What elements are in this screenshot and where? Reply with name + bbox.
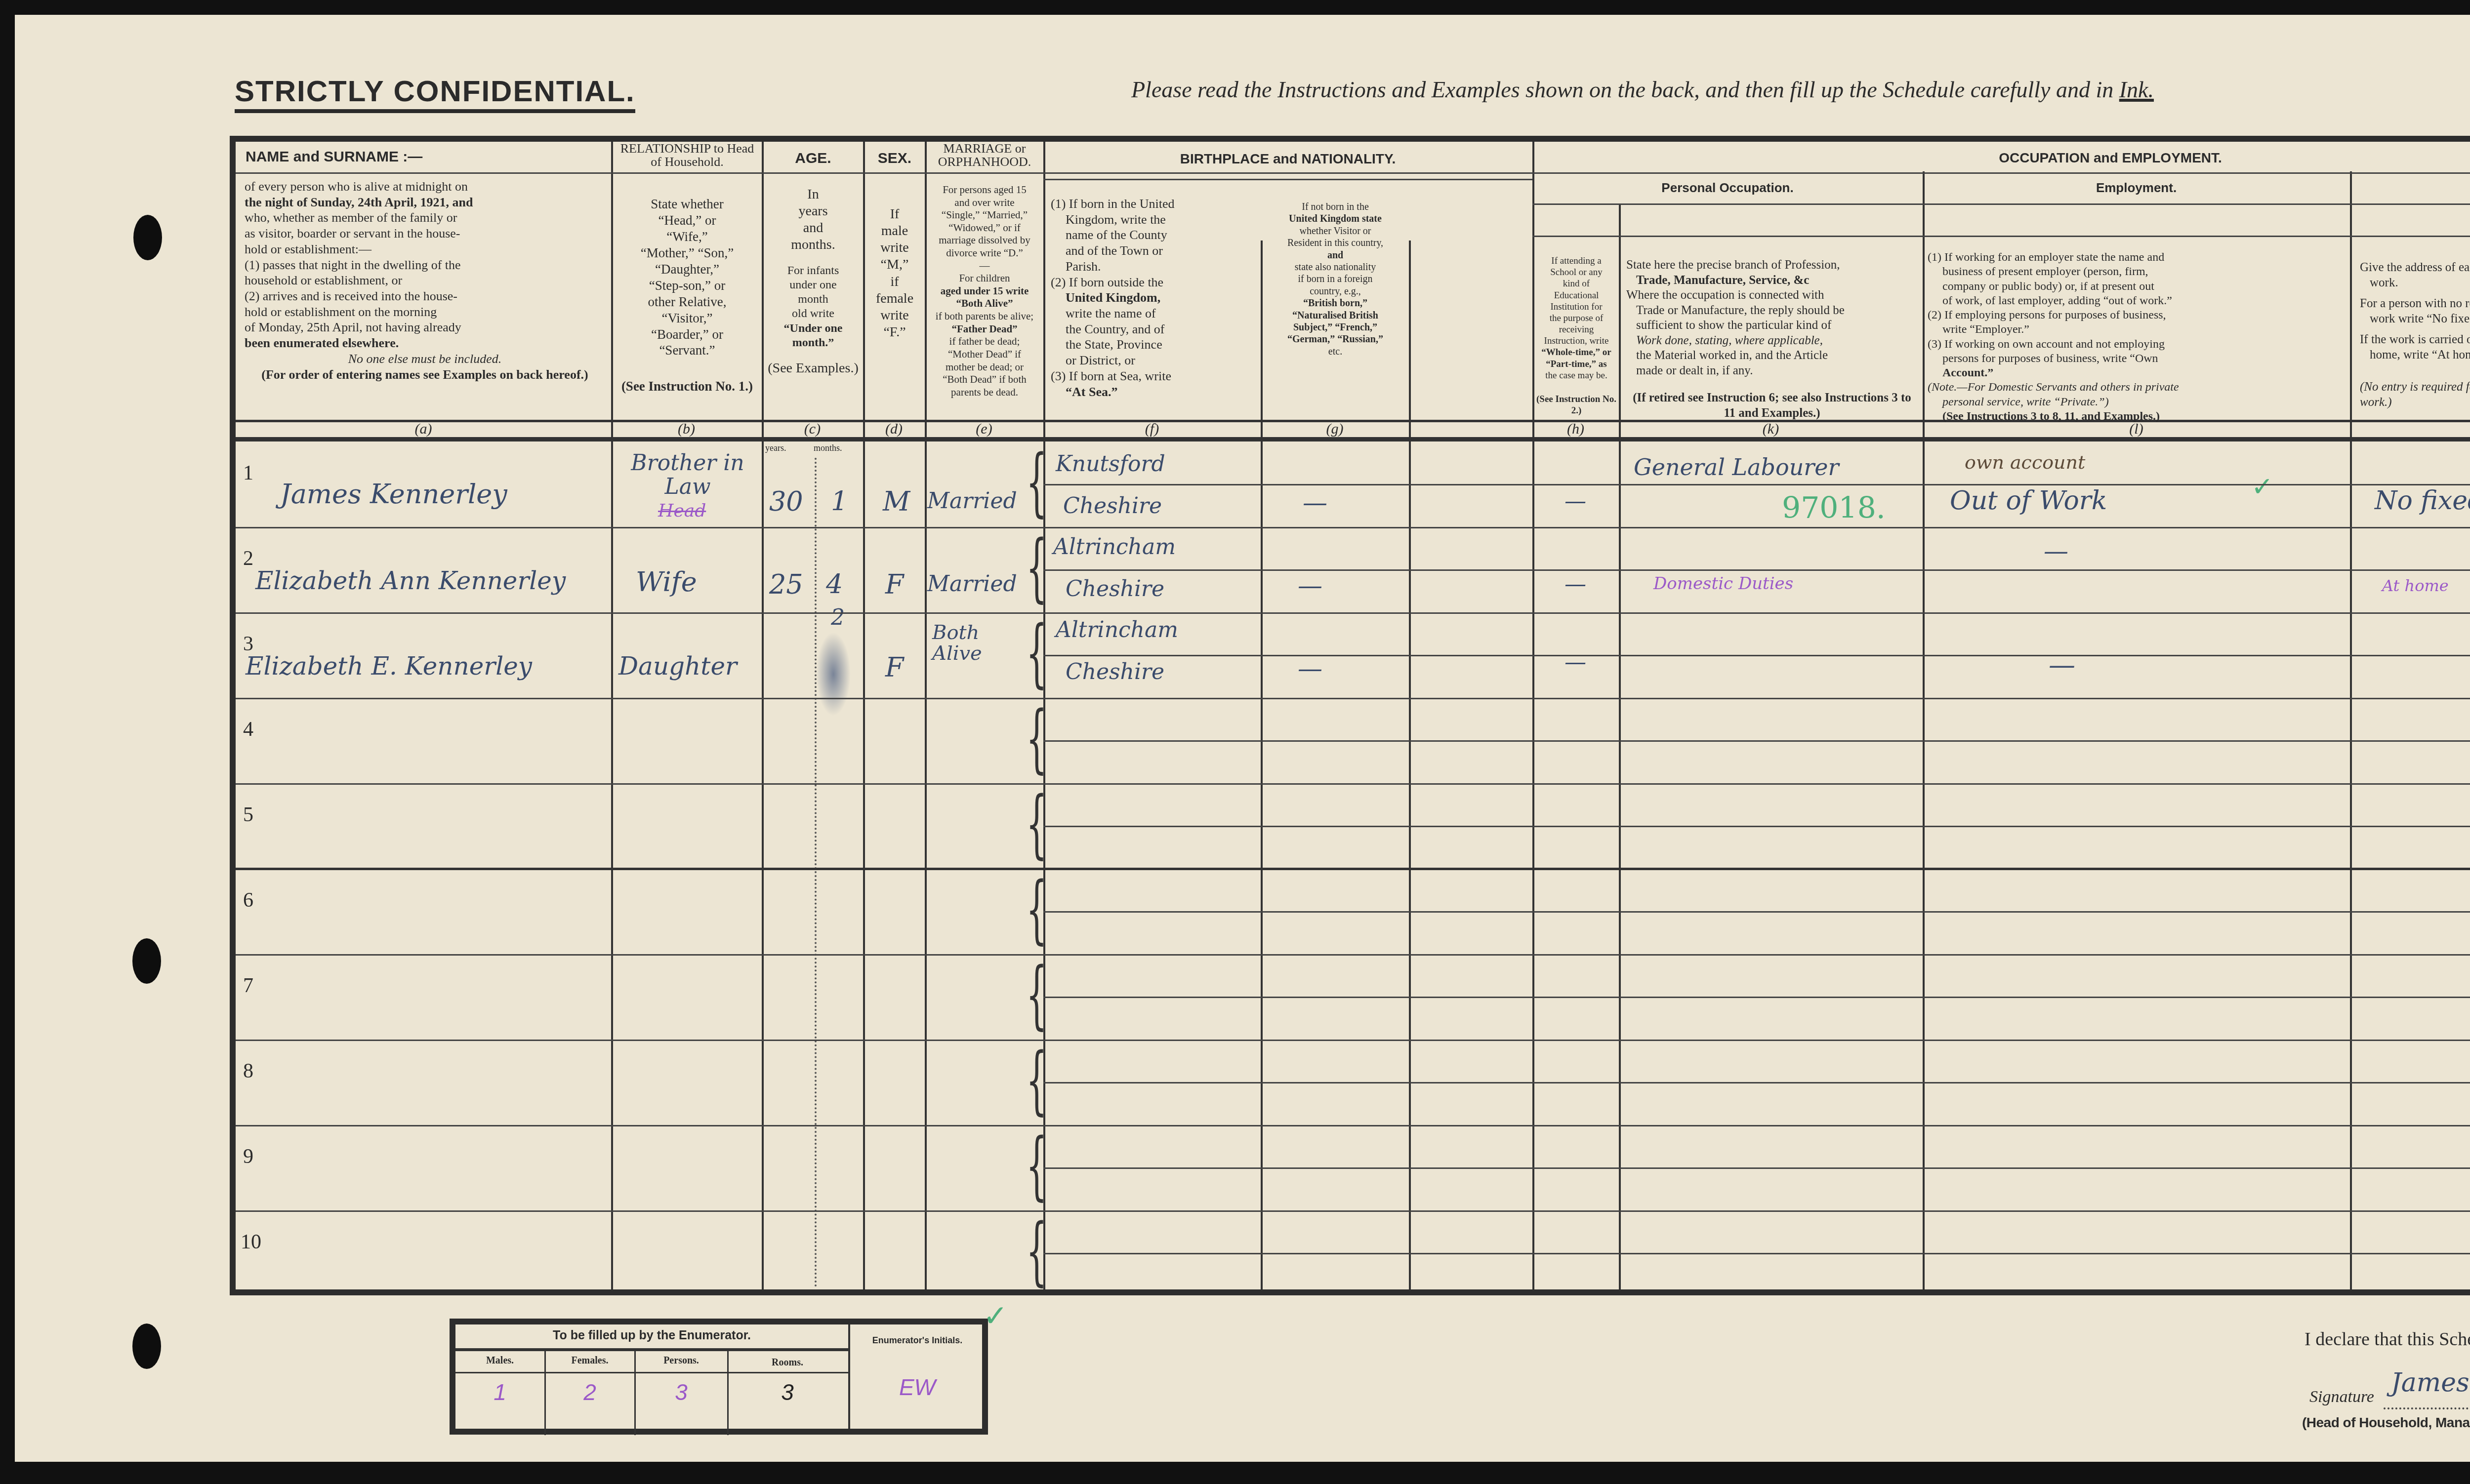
birthplace-town-cell[interactable]: Altrincham — [1056, 617, 1178, 642]
row-number: 9 — [243, 1145, 253, 1168]
col-b-instructions: State whether“Head,” or“Wife,”“Mother,” … — [614, 196, 760, 395]
relationship-cell[interactable]: Brother in Law — [618, 451, 757, 499]
col-f-instructions: (1) If born in the UnitedKingdom, write … — [1051, 196, 1258, 400]
brace-icon: { — [1026, 702, 1047, 776]
row-divider — [236, 1125, 2470, 1126]
col-l-title: Employment. — [1925, 181, 2347, 195]
half-row-divider — [1043, 655, 2470, 656]
col-k-title: Personal Occupation. — [1535, 181, 1920, 195]
col-fg-title: BIRTHPLACE and NATIONALITY. — [1046, 152, 1530, 166]
occupation-cell[interactable]: Domestic Duties — [1653, 574, 1793, 594]
rooms-label: Rooms. — [728, 1357, 847, 1368]
brace-icon: { — [1026, 531, 1047, 605]
name-cell[interactable]: Elizabeth E. Kennerley — [246, 652, 532, 681]
col-g-letter: (g) — [1261, 421, 1409, 438]
punch-hole-icon — [132, 1324, 161, 1369]
divider — [848, 1324, 850, 1429]
row-number: 4 — [243, 718, 253, 741]
divider — [455, 1348, 848, 1351]
header-divider — [1532, 203, 2470, 205]
relationship-cell[interactable]: Wife — [636, 566, 697, 598]
row-divider — [236, 954, 2470, 956]
birthplace-county-cell[interactable]: Cheshire — [1066, 576, 1164, 602]
col-a-letter: (a) — [236, 421, 611, 438]
col-m-letter: (m) — [2350, 421, 2470, 438]
half-row-divider — [1043, 484, 2470, 485]
col-k-letter: (k) — [1619, 421, 1923, 438]
birthplace-town-cell[interactable]: Altrincham — [1053, 534, 1176, 560]
half-row-divider — [1043, 1253, 2470, 1254]
header-divider — [1043, 179, 1532, 180]
half-row-divider — [1043, 740, 2470, 742]
col-c-instructions: Inyearsandmonths. For infantsunder onemo… — [764, 186, 862, 377]
household-schedule-table: NAME and SURNAME :— of every person who … — [230, 136, 2470, 1295]
page-title: STRICTLY CONFIDENTIAL. — [235, 74, 635, 113]
col-e-letter: (e) — [925, 421, 1043, 438]
brace-icon: { — [1026, 958, 1047, 1032]
col-l-instructions: (1) If working for an employer state the… — [1928, 250, 2347, 424]
age-months-cell[interactable]: 4 — [826, 569, 843, 600]
col-d-title: SEX. — [865, 151, 924, 166]
brace-icon: { — [1026, 1129, 1047, 1203]
row-number: 10 — [241, 1230, 261, 1254]
row-divider — [236, 868, 2470, 870]
relationship-struck: Head — [658, 501, 706, 521]
brace-icon: { — [1026, 1214, 1047, 1288]
fill-instructions: Please read the Instructions and Example… — [1131, 77, 2154, 103]
row-divider — [236, 1040, 2470, 1041]
persons-label: Persons. — [635, 1355, 727, 1366]
punch-hole-icon — [133, 215, 162, 260]
col-d-instructions: Ifmalewrite“M,”iffemalewrite“F.” — [865, 206, 924, 341]
enum-initials-heading: Enumerator's Initials. — [851, 1335, 984, 1346]
census-schedule-page: STRICTLY CONFIDENTIAL. Please read the I… — [15, 15, 2470, 1462]
males-count[interactable]: 1 — [455, 1379, 544, 1405]
col-b-letter: (b) — [611, 421, 762, 438]
relationship-cell[interactable]: Daughter — [618, 652, 737, 681]
enumerator-initials[interactable]: EW — [851, 1374, 984, 1401]
brace-icon: { — [1026, 873, 1047, 947]
sex-cell[interactable]: F — [885, 652, 904, 683]
persons-count[interactable]: 3 — [635, 1379, 727, 1405]
half-row-divider — [1043, 911, 2470, 913]
half-row-divider — [1043, 826, 2470, 827]
header-divider — [236, 172, 2470, 174]
brace-icon: { — [1026, 445, 1047, 520]
birthplace-town-cell[interactable]: Knutsford — [1056, 451, 1165, 477]
marriage-cell[interactable]: Married — [927, 571, 1017, 597]
name-cell[interactable]: James Kennerley — [280, 479, 507, 510]
row-divider — [236, 1210, 2470, 1212]
age-months-cell[interactable]: 2 — [831, 605, 845, 630]
divider — [455, 1372, 848, 1373]
females-count[interactable]: 2 — [545, 1379, 634, 1405]
place-of-work-cell[interactable]: No fixed place — [2375, 486, 2470, 516]
col-a-instructions: of every person who is alive at midnight… — [245, 179, 605, 382]
marriage-cell[interactable]: Married — [927, 488, 1017, 514]
half-row-divider — [1043, 1167, 2470, 1169]
row-divider — [236, 698, 2470, 699]
table-row[interactable]: 10 — [236, 1210, 2470, 1289]
half-row-divider — [1043, 997, 2470, 998]
employment-check-icon: ✓ — [2251, 471, 2273, 502]
name-cell[interactable]: Elizabeth Ann Kennerley — [255, 566, 566, 595]
header-divider — [1532, 236, 2470, 237]
age-years-cell[interactable]: 25 — [769, 569, 803, 600]
brace-icon: { — [1026, 1043, 1047, 1118]
nationality-cell[interactable]: — — [1298, 654, 1322, 683]
row-divider — [236, 612, 2470, 614]
age-years-cell[interactable]: 30 — [769, 486, 803, 517]
punch-hole-icon — [132, 938, 161, 984]
place-of-work-cell[interactable]: At home — [2382, 576, 2449, 595]
half-row-divider — [1043, 569, 2470, 571]
enum-summary-heading: To be filled up by the Enumerator. — [455, 1328, 848, 1343]
birthplace-county-cell[interactable]: Cheshire — [1063, 493, 1162, 519]
row-number: 5 — [243, 803, 253, 827]
col-e-instructions: For persons aged 15and over write“Single… — [927, 184, 1042, 399]
signature[interactable]: James Kennerley — [2391, 1368, 2470, 1398]
col-e-title: MARRIAGE or ORPHANHOOD. — [927, 142, 1042, 169]
occupation-cell[interactable]: General Labourer — [1634, 454, 1839, 481]
employment-cell[interactable]: — — [2044, 537, 2068, 565]
school-cell[interactable]: — — [1564, 488, 1586, 514]
col-b-title: RELATIONSHIP to Head of Household. — [614, 142, 760, 169]
males-label: Males. — [455, 1355, 544, 1366]
row-number: 7 — [243, 974, 253, 998]
col-c-title: AGE. — [764, 151, 862, 166]
sex-cell[interactable]: F — [885, 569, 904, 600]
col-m-title: Place of Work. — [2352, 181, 2470, 195]
row-number: 1 — [243, 461, 253, 485]
check-mark-icon: ✓ — [983, 1299, 1008, 1333]
enumerator-summary-box: To be filled up by the Enumerator. Enume… — [450, 1319, 988, 1435]
half-row-divider — [1043, 1082, 2470, 1083]
brace-icon: { — [1026, 616, 1047, 690]
col-k-instructions: State here the precise branch of Profess… — [1626, 258, 1918, 421]
age-months-cell[interactable]: 1 — [831, 486, 848, 517]
col-g-instructions: If not born in theUnited Kingdom statewh… — [1263, 201, 1407, 358]
row-number: 6 — [243, 888, 253, 912]
females-label: Females. — [545, 1355, 634, 1366]
row-divider — [236, 783, 2470, 785]
school-cell[interactable]: — — [1564, 571, 1586, 597]
signature-label: Signature — [2309, 1388, 2374, 1406]
birthplace-county-cell[interactable]: Cheshire — [1066, 659, 1164, 684]
brace-icon: { — [1026, 787, 1047, 861]
ink-emphasis: Ink. — [2119, 77, 2154, 102]
employment-cell[interactable]: — — [2049, 649, 2075, 681]
nationality-cell[interactable]: — — [1298, 571, 1322, 600]
col-m-instructions: Give the address of each person's place … — [2360, 260, 2470, 410]
header-divider — [236, 437, 2470, 441]
school-cell[interactable]: — — [1564, 649, 1586, 675]
col-h-letter: (h) — [1532, 421, 1619, 438]
sex-cell[interactable]: M — [883, 486, 910, 517]
row-divider — [236, 527, 2470, 528]
signature-note: (Head of Household, Manager of Establish… — [2302, 1415, 2470, 1431]
col-a-title: NAME and SURNAME :— — [246, 149, 443, 165]
employment-cell[interactable]: Out of Work — [1950, 486, 2107, 516]
col-f-letter: (f) — [1043, 421, 1261, 438]
employment-note: own account — [1965, 451, 2085, 473]
occupation-code: 97018. — [1782, 491, 1886, 525]
nationality-cell[interactable]: — — [1303, 488, 1327, 517]
rooms-count[interactable]: 3 — [728, 1379, 847, 1405]
row-number: 8 — [243, 1059, 253, 1083]
declaration-text: I declare that this Schedule is correctl… — [2305, 1328, 2470, 1350]
col-h-instructions: If attending aSchool or anykind ofEducat… — [1535, 255, 1618, 416]
signature-line — [2384, 1407, 2470, 1409]
row-number: 2 — [243, 547, 253, 570]
col-l-letter: (l) — [1923, 421, 2350, 438]
marriage-cell[interactable]: Both Alive — [932, 622, 1006, 664]
col-c-letter: (c) — [762, 421, 863, 438]
col-d-letter: (d) — [863, 421, 925, 438]
occupation-title: OCCUPATION and EMPLOYMENT. — [1535, 151, 2470, 165]
